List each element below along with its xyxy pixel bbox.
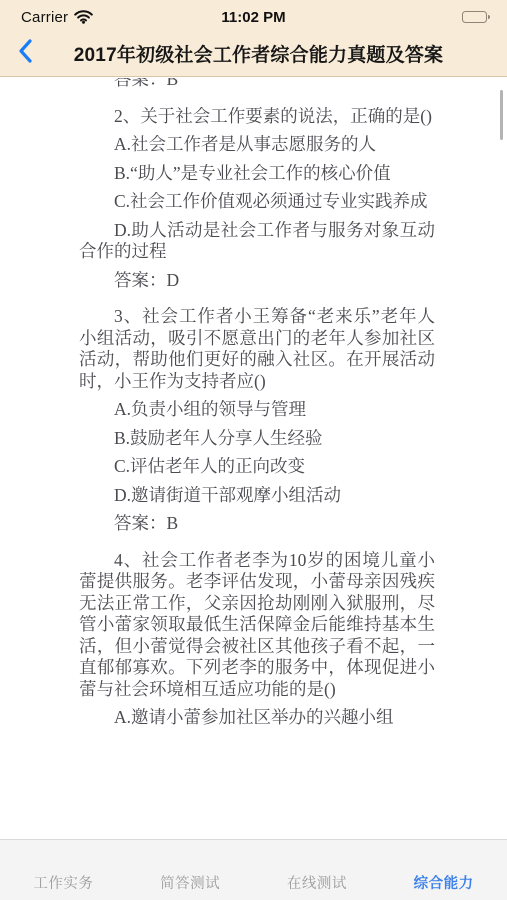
question-3-option-c: C.评估老年人的正向改变 — [79, 456, 435, 478]
tab-bar: 工作实务 简答测试 在线测试 综合能力 — [0, 839, 507, 900]
question-4-option-a: A.邀请小蕾参加社区举办的兴趣小组 — [79, 707, 435, 729]
exam-page-text: 答案：B 2、关于社会工作要素的说法，正确的是() A.社会工作者是从事志愿服务… — [79, 78, 435, 729]
status-bar: Carrier 11:02 PM — [0, 0, 507, 30]
question-4: 4、社会工作者老李为10岁的困境儿童小蕾提供服务。老李评估发现，小蕾母亲因残疾无… — [79, 550, 435, 701]
document-scroll-area[interactable]: 答案：B 2、关于社会工作要素的说法，正确的是() A.社会工作者是从事志愿服务… — [0, 78, 507, 839]
tab-short-answer-test[interactable]: 简答测试 — [127, 840, 254, 900]
question-2: 2、关于社会工作要素的说法，正确的是() — [79, 106, 435, 128]
back-button[interactable] — [6, 30, 44, 77]
header: Carrier 11:02 PM — [0, 0, 507, 77]
tab-comprehensive-ability[interactable]: 综合能力 — [380, 840, 507, 900]
scrollbar-thumb[interactable] — [500, 90, 503, 140]
battery-icon — [462, 11, 490, 23]
question-2-option-b: B.“助人”是专业社会工作的核心价值 — [79, 163, 435, 185]
answer-q3: 答案：B — [79, 513, 435, 535]
question-3: 3、社会工作者小王筹备“老来乐”老年人小组活动，吸引不愿意出门的老年人参加社区活… — [79, 306, 435, 392]
carrier-label: Carrier — [21, 9, 68, 26]
nav-bar: 2017年初级社会工作者综合能力真题及答案 — [0, 30, 507, 77]
question-2-option-c: C.社会工作价值观必须通过专业实践养成 — [79, 191, 435, 213]
question-2-option-d: D.助人活动是社会工作者与服务对象互动合作的过程 — [79, 220, 435, 263]
question-3-option-a: A.负责小组的领导与管理 — [79, 399, 435, 421]
tab-online-test[interactable]: 在线测试 — [254, 840, 381, 900]
page-title: 2017年初级社会工作者综合能力真题及答案 — [40, 30, 477, 77]
answer-q2: 答案：D — [79, 270, 435, 292]
question-3-option-d: D.邀请街道干部观摩小组活动 — [79, 485, 435, 507]
question-3-option-b: B.鼓励老年人分享人生经验 — [79, 428, 435, 450]
chevron-left-icon — [18, 39, 32, 68]
question-2-option-a: A.社会工作者是从事志愿服务的人 — [79, 134, 435, 156]
wifi-icon — [74, 10, 93, 24]
tab-work-practice[interactable]: 工作实务 — [0, 840, 127, 900]
app-screen: Carrier 11:02 PM — [0, 0, 507, 900]
answer-q1-clipped: 答案：B — [79, 78, 435, 91]
